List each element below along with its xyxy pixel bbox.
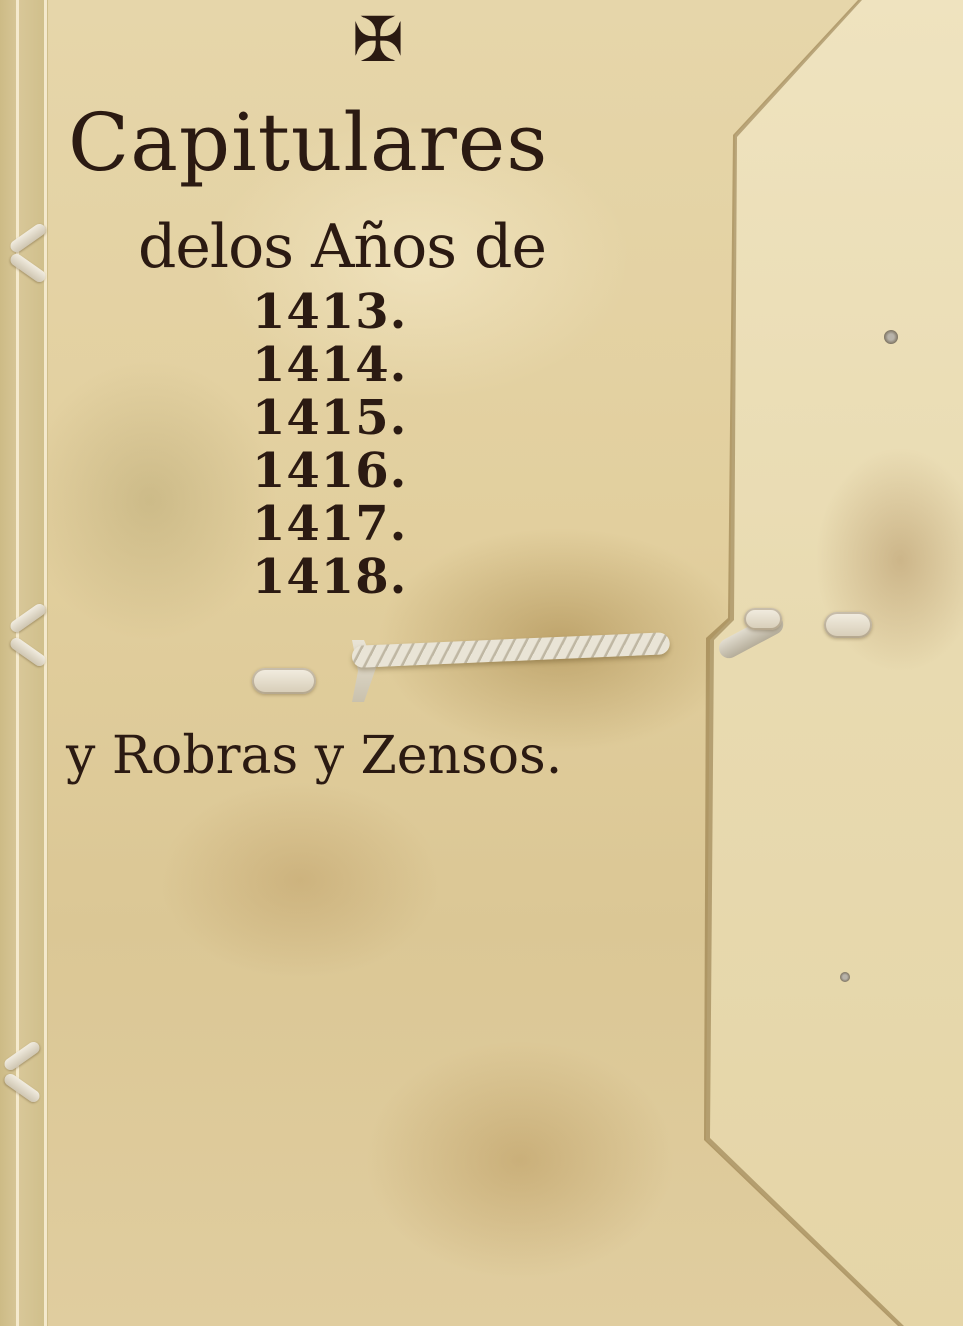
year-list: 1413. 1414. 1415. 1416. 1417. 1418. [252, 286, 407, 604]
year-item: 1416. [252, 445, 407, 498]
cover-title: Capitulares [68, 88, 548, 198]
cross-fleury-icon: ✠ [352, 0, 404, 80]
flap-hole [884, 330, 898, 344]
year-item: 1418. [252, 551, 407, 604]
tie-slot [824, 612, 872, 638]
tie-cord [352, 632, 671, 668]
spine-crease [16, 0, 19, 1326]
flap-hole [840, 972, 850, 982]
year-item: 1414. [252, 339, 407, 392]
cover-flap [0, 0, 963, 1326]
vellum-cover: ✠ Capitulares delos Años de 1413. 1414. … [0, 0, 963, 1326]
tie-slot [252, 668, 316, 694]
cover-footer-text: y Robras y Zensos. [66, 716, 562, 796]
tie-slot [744, 608, 782, 630]
year-item: 1417. [252, 498, 407, 551]
year-item: 1413. [252, 286, 407, 339]
cover-subtitle: delos Años de [138, 202, 546, 292]
year-item: 1415. [252, 392, 407, 445]
